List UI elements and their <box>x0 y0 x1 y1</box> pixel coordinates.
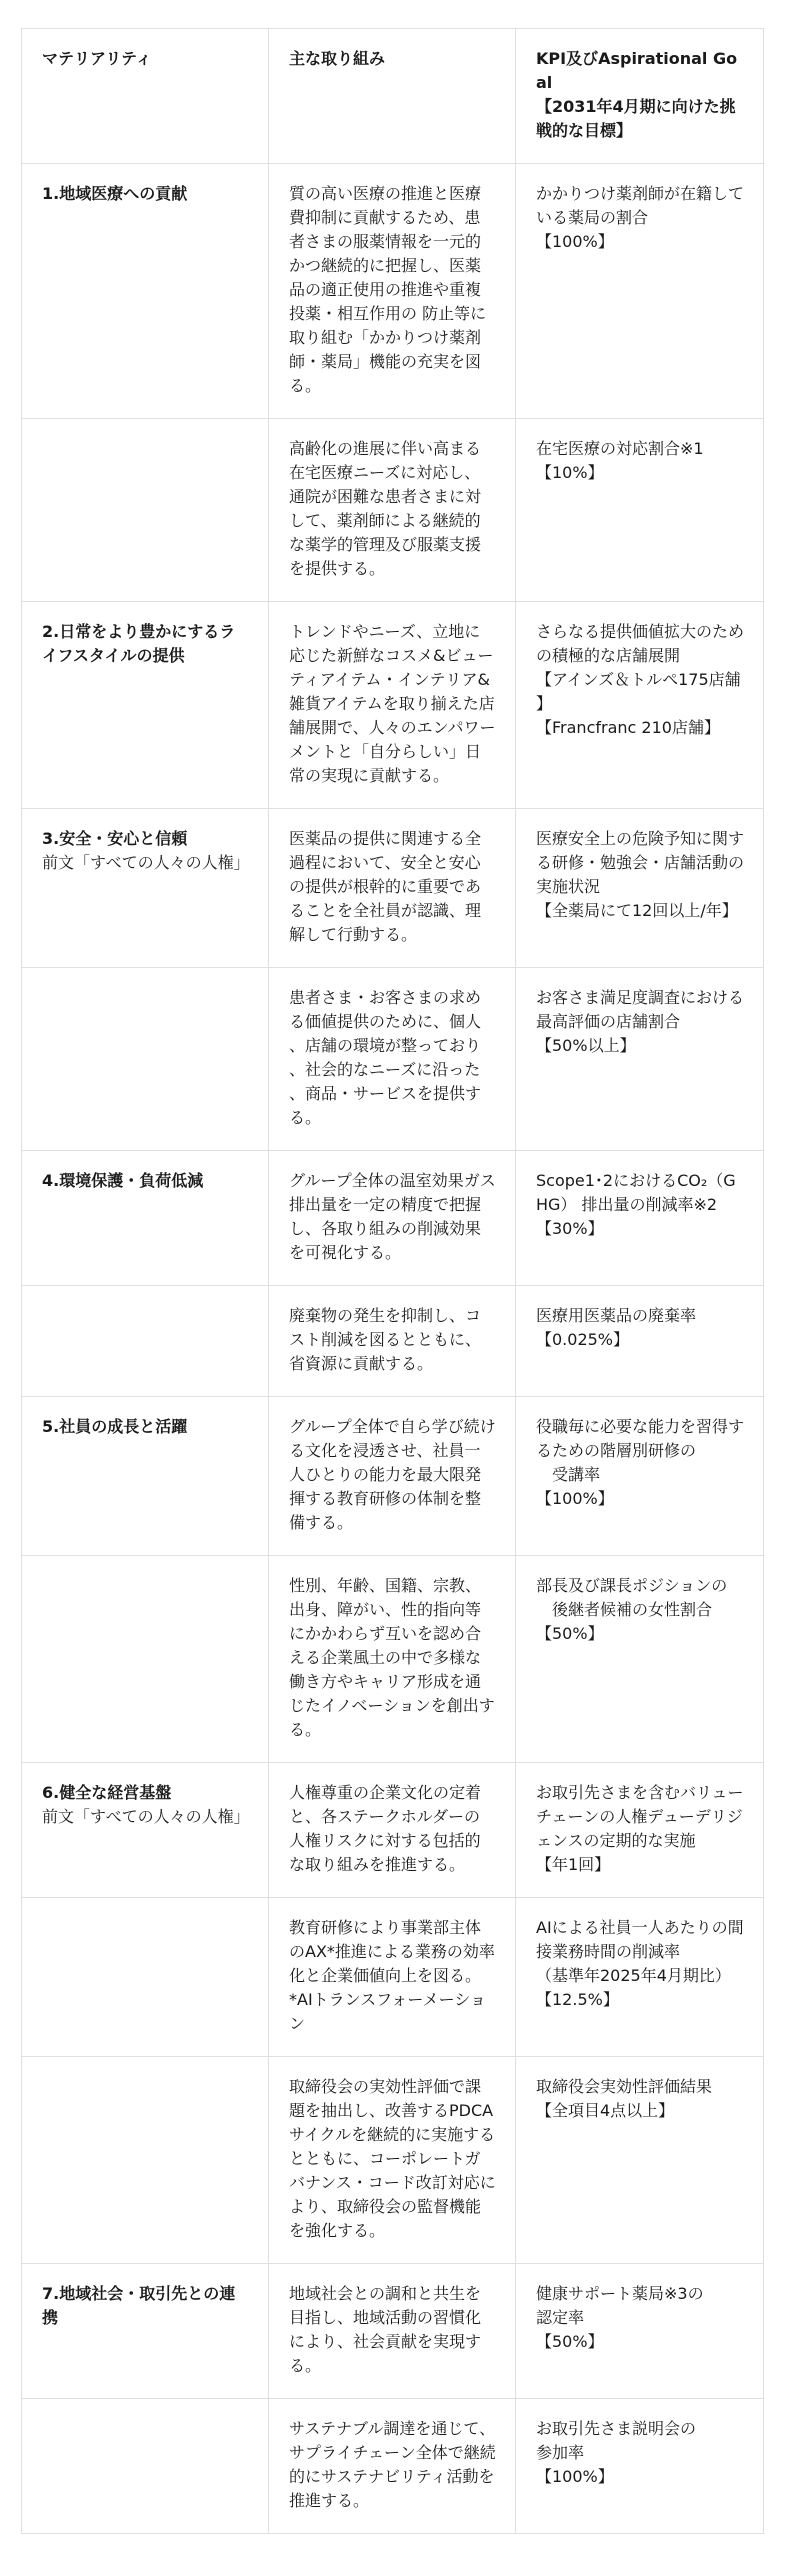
kpi-cell: さらなる提供価値拡大のための積極的な店舗展開 【アインズ＆トルペ175店舗】 【… <box>516 602 764 809</box>
initiative-cell: 教育研修により事業部主体のAX*推進による業務の効率化と企業価値向上を図る。 *… <box>269 1898 516 2057</box>
initiative-cell: 医薬品の提供に関連する全過程において、安全と安心の提供が根幹的に重要であることを… <box>269 809 516 968</box>
kpi-cell: かかりつけ薬剤師が在籍している薬局の割合 【100%】 <box>516 164 764 419</box>
materiality-title: 3.安全・安心と信頼 <box>42 827 249 851</box>
materiality-cell <box>22 2057 269 2264</box>
table-row: 教育研修により事業部主体のAX*推進による業務の効率化と企業価値向上を図る。 *… <box>22 1898 764 2057</box>
materiality-note: 前文「すべての人々の人権」 <box>42 851 249 875</box>
table-row: 高齢化の進展に伴い高まる在宅医療ニーズに対応し、通院が困難な患者さまに対して、薬… <box>22 419 764 602</box>
initiative-cell: 患者さま・お客さまの求める価値提供のために、個人、店舗の環境が整っており、社会的… <box>269 968 516 1151</box>
materiality-page: マテリアリティ 主な取り組み KPI及びAspirational Goal 【2… <box>0 0 800 2565</box>
materiality-title: 2.日常をより豊かにするライフスタイルの提供 <box>42 620 249 668</box>
table-row: 7.地域社会・取引先との連携 地域社会との調和と共生を目指し、地域活動の習慣化に… <box>22 2264 764 2399</box>
initiative-cell: グループ全体の温室効果ガス排出量を一定の精度で把握し、各取り組みの削減効果を可視… <box>269 1151 516 1286</box>
materiality-cell: 6.健全な経営基盤前文「すべての人々の人権」 <box>22 1763 269 1898</box>
materiality-cell <box>22 1286 269 1397</box>
initiative-cell: 高齢化の進展に伴い高まる在宅医療ニーズに対応し、通院が困難な患者さまに対して、薬… <box>269 419 516 602</box>
table-row: 患者さま・お客さまの求める価値提供のために、個人、店舗の環境が整っており、社会的… <box>22 968 764 1151</box>
table-row: 取締役会の実効性評価で課題を抽出し、改善するPDCAサイクルを継続的に実施すると… <box>22 2057 764 2264</box>
initiative-cell: 取締役会の実効性評価で課題を抽出し、改善するPDCAサイクルを継続的に実施すると… <box>269 2057 516 2264</box>
materiality-cell <box>22 419 269 602</box>
kpi-cell: 医療安全上の危険予知に関する研修・勉強会・店舗活動の実施状況 【全薬局にて12回… <box>516 809 764 968</box>
materiality-cell <box>22 2399 269 2534</box>
kpi-cell: お客さま満足度調査における最高評価の店舗割合 【50%以上】 <box>516 968 764 1151</box>
materiality-title: 5.社員の成長と活躍 <box>42 1415 249 1439</box>
kpi-cell: 医療用医薬品の廃棄率 【0.025%】 <box>516 1286 764 1397</box>
kpi-cell: 役職毎に必要な能力を習得するための階層別研修の 受講率 【100%】 <box>516 1397 764 1556</box>
table-row: 5.社員の成長と活躍 グループ全体で自ら学び続ける文化を浸透させ、社員一人ひとり… <box>22 1397 764 1556</box>
table-row: 1.地域医療への貢献 質の高い医療の推進と医療費抑制に貢献するため、患者さまの服… <box>22 164 764 419</box>
table-row: 6.健全な経営基盤前文「すべての人々の人権」 人権尊重の企業文化の定着と、各ステ… <box>22 1763 764 1898</box>
initiative-cell: 質の高い医療の推進と医療費抑制に貢献するため、患者さまの服薬情報を一元的かつ継続… <box>269 164 516 419</box>
initiative-cell: トレンドやニーズ、立地に応じた新鮮なコスメ&ビューティアイテム・インテリア&雑貨… <box>269 602 516 809</box>
materiality-cell: 7.地域社会・取引先との連携 <box>22 2264 269 2399</box>
materiality-title: 1.地域医療への貢献 <box>42 182 249 206</box>
kpi-cell: AIによる社員一人あたりの間接業務時間の削減率 （基準年2025年4月期比） 【… <box>516 1898 764 2057</box>
kpi-cell: 在宅医療の対応割合※1 【10%】 <box>516 419 764 602</box>
kpi-cell: 部長及び課長ポジションの 後継者候補の女性割合 【50%】 <box>516 1556 764 1763</box>
materiality-title: 7.地域社会・取引先との連携 <box>42 2282 249 2330</box>
table-row: 3.安全・安心と信頼前文「すべての人々の人権」 医薬品の提供に関連する全過程にお… <box>22 809 764 968</box>
materiality-cell: 4.環境保護・負荷低減 <box>22 1151 269 1286</box>
materiality-cell <box>22 1898 269 2057</box>
materiality-cell <box>22 968 269 1151</box>
initiative-cell: 性別、年齢、国籍、宗教、出身、障がい、性的指向等にかかわらず互いを認め合える企業… <box>269 1556 516 1763</box>
kpi-cell: お取引先さまを含むバリューチェーンの人権デューデリジェンスの定期的な実施 【年1… <box>516 1763 764 1898</box>
initiative-cell: 人権尊重の企業文化の定着と、各ステークホルダーの人権リスクに対する包括的な取り組… <box>269 1763 516 1898</box>
initiative-cell: 廃棄物の発生を抑制し、コスト削減を図るとともに、省資源に貢献する。 <box>269 1286 516 1397</box>
materiality-cell: 2.日常をより豊かにするライフスタイルの提供 <box>22 602 269 809</box>
kpi-cell: お取引先さま説明会の 参加率 【100%】 <box>516 2399 764 2534</box>
materiality-kpi-table: マテリアリティ 主な取り組み KPI及びAspirational Goal 【2… <box>21 28 764 2534</box>
kpi-cell: 健康サポート薬局※3の 認定率 【50%】 <box>516 2264 764 2399</box>
table-header-row: マテリアリティ 主な取り組み KPI及びAspirational Goal 【2… <box>22 29 764 164</box>
header-materiality: マテリアリティ <box>22 29 269 164</box>
materiality-cell: 3.安全・安心と信頼前文「すべての人々の人権」 <box>22 809 269 968</box>
initiative-cell: 地域社会との調和と共生を目指し、地域活動の習慣化により、社会貢献を実現する。 <box>269 2264 516 2399</box>
materiality-note: 前文「すべての人々の人権」 <box>42 1805 249 1829</box>
initiative-cell: グループ全体で自ら学び続ける文化を浸透させ、社員一人ひとりの能力を最大限発揮する… <box>269 1397 516 1556</box>
table-row: 2.日常をより豊かにするライフスタイルの提供 トレンドやニーズ、立地に応じた新鮮… <box>22 602 764 809</box>
table-row: 性別、年齢、国籍、宗教、出身、障がい、性的指向等にかかわらず互いを認め合える企業… <box>22 1556 764 1763</box>
materiality-title: 4.環境保護・負荷低減 <box>42 1169 249 1193</box>
kpi-cell: Scope1･2におけるCO₂（GHG） 排出量の削減率※2 【30%】 <box>516 1151 764 1286</box>
table-row: 廃棄物の発生を抑制し、コスト削減を図るとともに、省資源に貢献する。 医療用医薬品… <box>22 1286 764 1397</box>
materiality-cell: 1.地域医療への貢献 <box>22 164 269 419</box>
table-row: サステナブル調達を通じて、サプライチェーン全体で継続的にサステナビリティ活動を推… <box>22 2399 764 2534</box>
table-row: 4.環境保護・負荷低減 グループ全体の温室効果ガス排出量を一定の精度で把握し、各… <box>22 1151 764 1286</box>
header-kpi: KPI及びAspirational Goal 【2031年4月期に向けた挑戦的な… <box>516 29 764 164</box>
kpi-cell: 取締役会実効性評価結果 【全項目4点以上】 <box>516 2057 764 2264</box>
materiality-title: 6.健全な経営基盤 <box>42 1781 249 1805</box>
materiality-cell <box>22 1556 269 1763</box>
materiality-cell: 5.社員の成長と活躍 <box>22 1397 269 1556</box>
initiative-cell: サステナブル調達を通じて、サプライチェーン全体で継続的にサステナビリティ活動を推… <box>269 2399 516 2534</box>
header-initiatives: 主な取り組み <box>269 29 516 164</box>
